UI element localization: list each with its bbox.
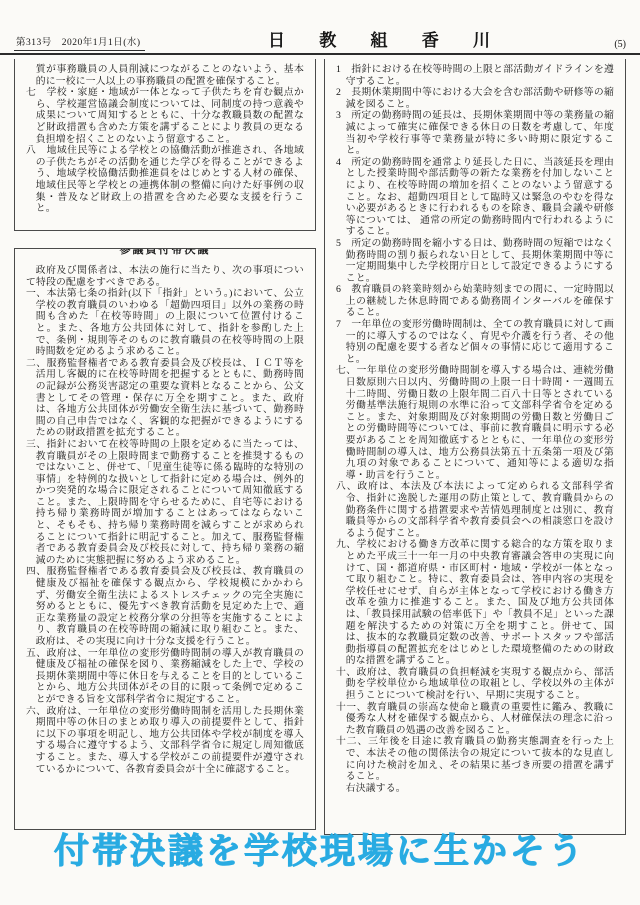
supplementary-resolution-box: 参議員付帯決議 政府及び関係者は、本法の施行に当たり、次の事項について特段の配慮… — [14, 248, 316, 830]
text-block: 三、指針において在校等時間の上限を定めるに当たっては、教育職員がその上限時間まで… — [26, 439, 304, 567]
left-column: 質が事務職員の人員削減につながることのないよう、基本的に一校に一人以上の事務職員… — [14, 59, 316, 835]
continued-resolution-box: 質が事務職員の人員削減につながることのないよう、基本的に一校に一人以上の事務職員… — [14, 59, 316, 231]
text-block: 4 所定の勤務時間を通常より延長した日に、当該延長を理由とした授業時間や部活動等… — [336, 157, 614, 238]
footer-headline: 付帯決議を学校現場に生かそう — [0, 824, 640, 874]
right-column: 1 指針における在校等時間の上限と部活動ガイドラインを遵守すること。2 長期休業… — [324, 59, 626, 835]
resolution-continuation-box: 1 指針における在校等時間の上限と部活動ガイドラインを遵守すること。2 長期休業… — [324, 59, 626, 835]
text-block: 十一、教育職員の崇高な使命と職責の重要性に鑑み、教職に優秀な人材を確保する観点か… — [336, 702, 614, 737]
text-block: 6 教育職員の終業時刻から始業時刻までの間に、一定時間以上の継続した休息時間であ… — [336, 284, 614, 319]
text-block: 七 学校・家庭・地域が一体となって子供たちを育む観点から、学校運営協議会制度につ… — [26, 87, 304, 145]
page-number: (5) — [614, 39, 626, 51]
resolution-box-title: 参議員付帯決議 — [110, 248, 221, 257]
issue-and-date: 第313号 2020年1月1日(水) — [14, 34, 145, 51]
text-block: 右決議する。 — [336, 783, 614, 795]
text-block: 十二、三年後を目途に教育職員の勤務実態調査を行った上で、本法その他の関係法令の規… — [336, 736, 614, 782]
two-column-layout: 質が事務職員の人員削減につながることのないよう、基本的に一校に一人以上の事務職員… — [0, 55, 640, 835]
newspaper-title: 日 教 組 香 川 — [268, 26, 505, 51]
text-block: 八 地域住民等による学校との協働活動が推進され、各地域の子供たちがその活動を通じ… — [26, 145, 304, 215]
text-block: 六、政府は、一年単位の変形労働時間制を活用した長期休業期間中等の休日のまとめ取り… — [26, 706, 304, 776]
text-block: 二、服務監督権者である教育委員会及び校長は、ＩＣＴ等を活用し客観的に在校等時間を… — [26, 358, 304, 439]
text-block: 政府及び関係者は、本法の施行に当たり、次の事項について特段の配慮をすべきである。 — [26, 265, 304, 288]
text-block: 八、政府は、本法及び本法によって定められる文部科学省令、指針に逸脱した運用の防止… — [336, 481, 614, 539]
text-block: 七、一年単位の変形労働時間制を導入する場合は、連続労働日数原則六日以内、労働時間… — [336, 365, 614, 481]
resolution-box-body: 政府及び関係者は、本法の施行に当たり、次の事項について特段の配慮をすべきである。… — [26, 265, 304, 775]
page-header: 第313号 2020年1月1日(水) 日 教 組 香 川 (5) — [0, 0, 640, 55]
text-block: 五、政府は、一年単位の変形労働時間制の導入が教育職員の健康及び福祉の確保を図り、… — [26, 648, 304, 706]
text-block: 2 長期休業期間中等における大会を含む部活動や研修等の縮減を図ること。 — [336, 87, 614, 110]
text-block: 5 所定の勤務時間を縮小する日は、勤務時間の短縮ではなく勤務時間の割り振られない… — [336, 238, 614, 284]
text-block: 3 所定の勤務時間の延長は、長期休業期間中等の業務量の縮減によって確実に確保でき… — [336, 110, 614, 156]
text-block: 九、学校における働き方改革に関する総合的な方策を取りまとめた平成三十一年一月の中… — [336, 539, 614, 667]
text-block: 質が事務職員の人員削減につながることのないよう、基本的に一校に一人以上の事務職員… — [26, 64, 304, 87]
text-block: 1 指針における在校等時間の上限と部活動ガイドラインを遵守すること。 — [336, 64, 614, 87]
text-block: 四、服務監督権者である教育委員会及び校長は、教育職員の健康及び福祉を確保する観点… — [26, 566, 304, 647]
text-block: 7 一年単位の変形労働時間制は、全ての教育職員に対して画一的に導入するのではなく… — [336, 319, 614, 365]
text-block: 十、政府は、教育職員の負担軽減を実現する観点から、部活動を学校単位から地域単位の… — [336, 667, 614, 702]
text-block: 一、本法第七条の指針(以下「指針」という。)において、公立学校の教育職員のいわゆ… — [26, 288, 304, 358]
